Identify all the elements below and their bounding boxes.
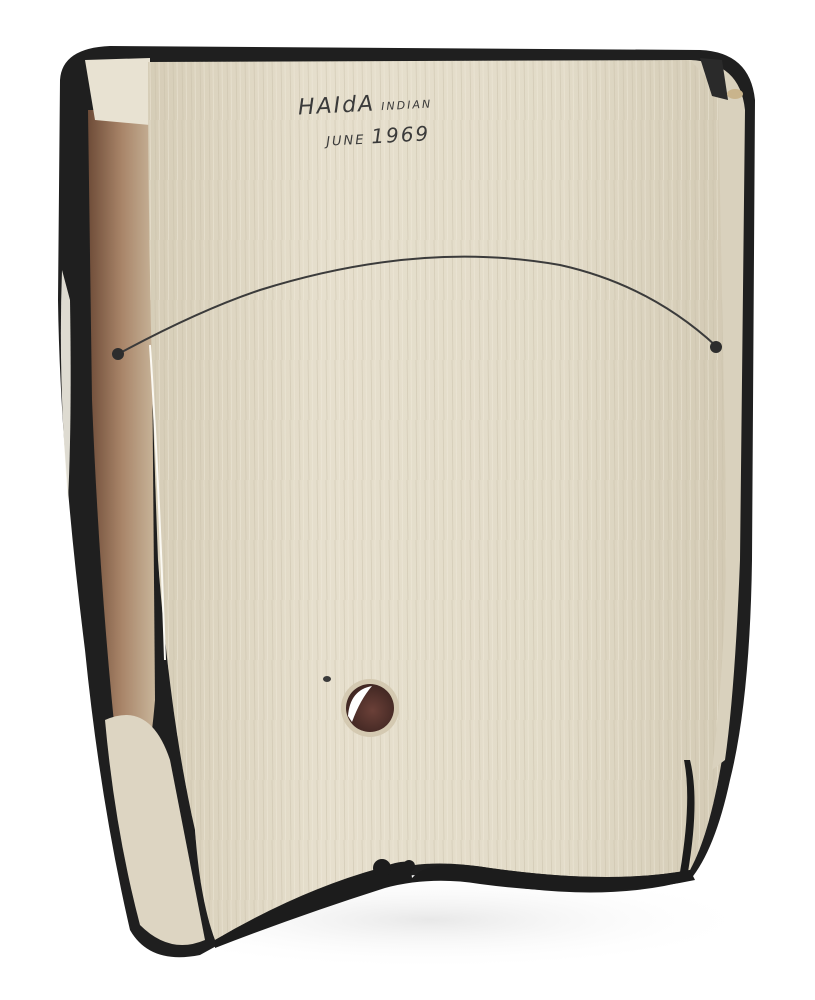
mask-artwork <box>0 0 815 1000</box>
drilled-hole <box>341 679 399 737</box>
small-knot <box>323 676 331 682</box>
rim-highlight <box>61 270 71 500</box>
mask-photo: HAIdAINDIAN JUNE1969 <box>0 0 815 1000</box>
inscription-year: 1969 <box>371 121 431 148</box>
inscription-tribe: HAIdA <box>297 91 375 120</box>
left-nail <box>112 348 124 360</box>
inscription-indian: INDIAN <box>381 97 433 113</box>
inscription-month: JUNE <box>326 133 366 150</box>
right-nail <box>710 341 722 353</box>
right-knot <box>727 89 743 99</box>
top-left-block <box>85 58 150 125</box>
wood-grain <box>148 60 736 940</box>
